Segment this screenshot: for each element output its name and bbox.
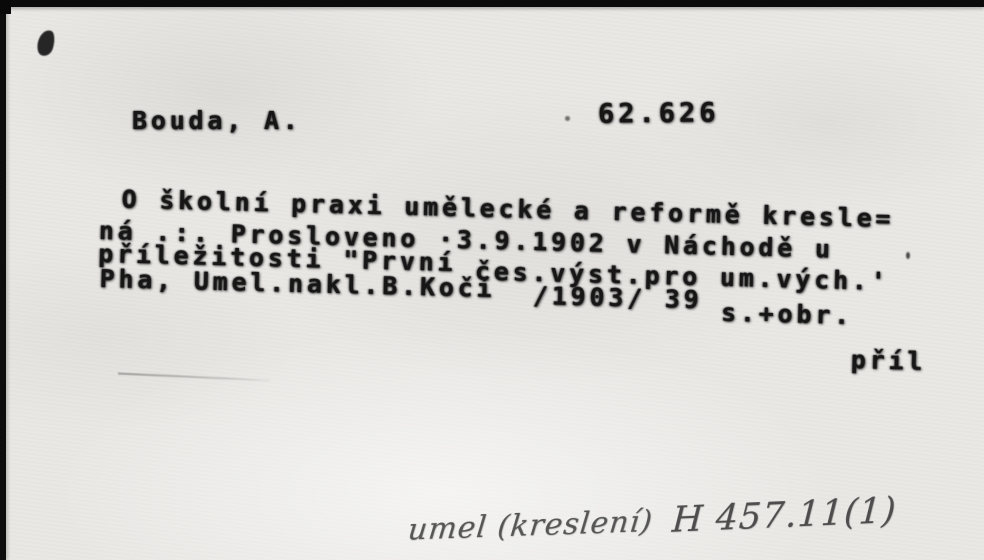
imprint-year-pages: /1903/ 39 [533, 283, 722, 313]
catalog-card-scan: Bouda, A. 62.626 O školní praxi umělecké… [0, 0, 984, 560]
scan-corner-shadow [0, 0, 11, 14]
supplement-note: příl [851, 347, 927, 374]
imprint-illustrations: s.+obr. [721, 300, 854, 328]
author-name: Bouda, A. [132, 108, 302, 133]
call-number: 62.626 [598, 100, 720, 126]
scan-left-edge [0, 0, 6, 560]
scan-top-edge [0, 0, 984, 7]
typed-entry-block: O školní praxi umělecké a reformě kresle… [95, 186, 960, 408]
paper-speck [565, 116, 570, 121]
